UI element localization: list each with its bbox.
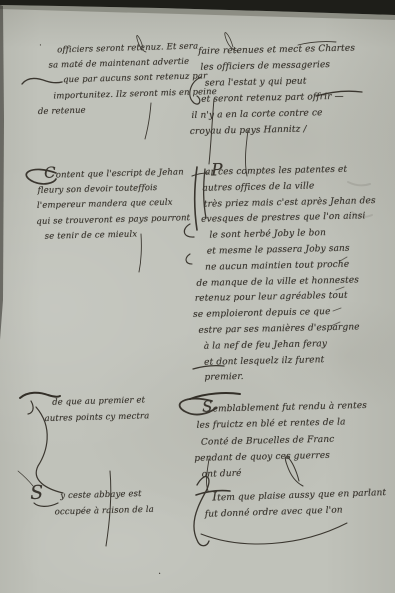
pen-flourish — [28, 401, 33, 414]
ink-dot: · — [39, 41, 42, 51]
paragraph-note-left-upper: de que au premier et autres points cy me… — [44, 393, 150, 427]
paragraph-mid-right: Par ces comptes les patentes et autres o… — [188, 162, 380, 387]
paragraph-top-right: faire retenues et mect es Chartes les of… — [188, 41, 357, 140]
initial-letter: S — [30, 485, 60, 501]
manuscript-line-text: ontent que l'escript de Jehan — [56, 167, 184, 180]
paragraph-bottom-right: Item que plaise aussy que en parlant fut… — [196, 483, 387, 523]
initial-letter: C — [44, 163, 56, 181]
manuscript-line: autres points cy mectra — [44, 409, 149, 427]
initial-letter: P — [211, 163, 223, 179]
manuscript-line-text: emblablement fut rendu à rentes — [213, 401, 368, 414]
paragraph-note-left-lower: Sy ceste abbaye est occupée à raison de … — [30, 483, 154, 521]
manuscript-line-text: y ceste abbaye est — [60, 489, 142, 501]
ink-dot: . — [158, 566, 161, 577]
paragraph-low-right: Semblablement fut rendu à rentes les fru… — [188, 395, 369, 484]
manuscript-line-text: ar ces comptes les patentes et — [205, 165, 347, 178]
page-left-edge — [0, 5, 4, 340]
paragraph-mid-left: Content que l'escript de Jehan fleury so… — [34, 162, 191, 245]
manuscript-photo: officiers seront retenuz. Et sera sa mat… — [0, 0, 395, 593]
manuscript-line: occupée à raison de la — [55, 502, 155, 520]
pen-flourish — [201, 523, 347, 544]
initial-letter: S — [202, 397, 213, 415]
